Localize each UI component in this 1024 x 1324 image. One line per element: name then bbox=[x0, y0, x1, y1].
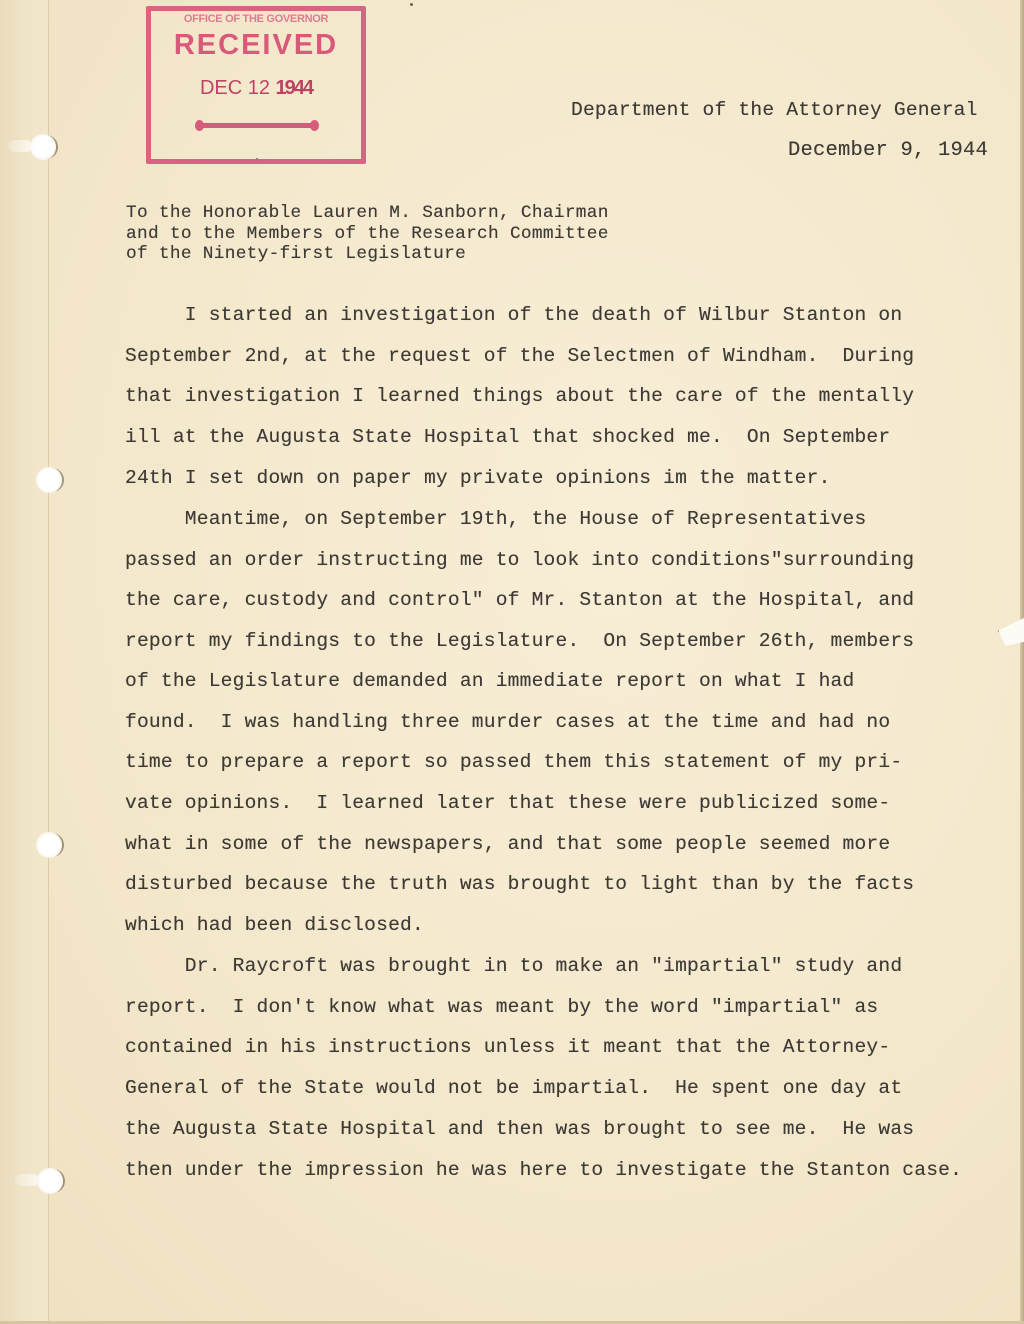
body-line: report. I don't know what was meant by t… bbox=[125, 997, 878, 1017]
stamp-date-year: 1944 bbox=[276, 77, 313, 99]
body-line: vate opinions. I learned later that thes… bbox=[125, 793, 890, 813]
stamp-received-label: RECEIVED bbox=[151, 29, 361, 62]
punch-hole-icon bbox=[36, 467, 62, 493]
body-line: I started an investigation of the death … bbox=[125, 305, 902, 325]
paper-left-margin-shading bbox=[0, 0, 49, 1324]
body-line: which had been disclosed. bbox=[125, 915, 424, 935]
body-line: passed an order instructing me to look i… bbox=[125, 550, 914, 570]
body-line: the Augusta State Hospital and then was … bbox=[125, 1119, 914, 1139]
body-line: 24th I set down on paper my private opin… bbox=[125, 468, 831, 488]
body-line: then under the impression he was here to… bbox=[125, 1160, 962, 1180]
torn-edge-right bbox=[998, 618, 1024, 646]
body-line: ill at the Augusta State Hospital that s… bbox=[125, 427, 890, 447]
stamp-date: DEC 12 1944 bbox=[151, 77, 361, 100]
body-line: of the Legislature demanded an immediate… bbox=[125, 671, 854, 691]
punch-hole-icon bbox=[36, 832, 62, 858]
scanned-letter-page: OFFICE OF THE GOVERNOR RECEIVED DEC 12 1… bbox=[0, 0, 1024, 1324]
letter-date: December 9, 1944 bbox=[788, 141, 988, 161]
stamp-decorative-rule bbox=[199, 123, 315, 128]
body-line: General of the State would not be impart… bbox=[125, 1078, 902, 1098]
body-line: Dr. Raycroft was brought in to make an "… bbox=[125, 956, 902, 976]
body-line: contained in his instructions unless it … bbox=[125, 1037, 890, 1057]
body-line: found. I was handling three murder cases… bbox=[125, 712, 890, 732]
paper-right-edge bbox=[1020, 0, 1024, 1324]
stamp-office-label: OFFICE OF THE GOVERNOR bbox=[151, 13, 361, 25]
address-line: and to the Members of the Research Commi… bbox=[126, 224, 609, 244]
body-line: Meantime, on September 19th, the House o… bbox=[125, 509, 866, 529]
body-line: time to prepare a report so passed them … bbox=[125, 752, 902, 772]
punch-hole-icon bbox=[37, 1168, 63, 1194]
body-line: the care, custody and control" of Mr. St… bbox=[125, 590, 914, 610]
body-line: report my findings to the Legislature. O… bbox=[125, 631, 914, 651]
body-line: disturbed because the truth was brought … bbox=[125, 874, 914, 894]
received-stamp: OFFICE OF THE GOVERNOR RECEIVED DEC 12 1… bbox=[146, 6, 366, 164]
body-line: September 2nd, at the request of the Sel… bbox=[125, 346, 914, 366]
stamp-date-day: DEC 12 bbox=[200, 77, 270, 99]
body-line: what in some of the newspapers, and that… bbox=[125, 834, 890, 854]
body-line: that investigation I learned things abou… bbox=[125, 386, 914, 406]
letterhead-department: Department of the Attorney General bbox=[571, 100, 978, 120]
address-line: of the Ninety-first Legislature bbox=[126, 244, 466, 264]
ink-speck bbox=[410, 3, 413, 6]
address-line: To the Honorable Lauren M. Sanborn, Chai… bbox=[126, 203, 609, 223]
punch-hole-icon bbox=[30, 134, 56, 160]
